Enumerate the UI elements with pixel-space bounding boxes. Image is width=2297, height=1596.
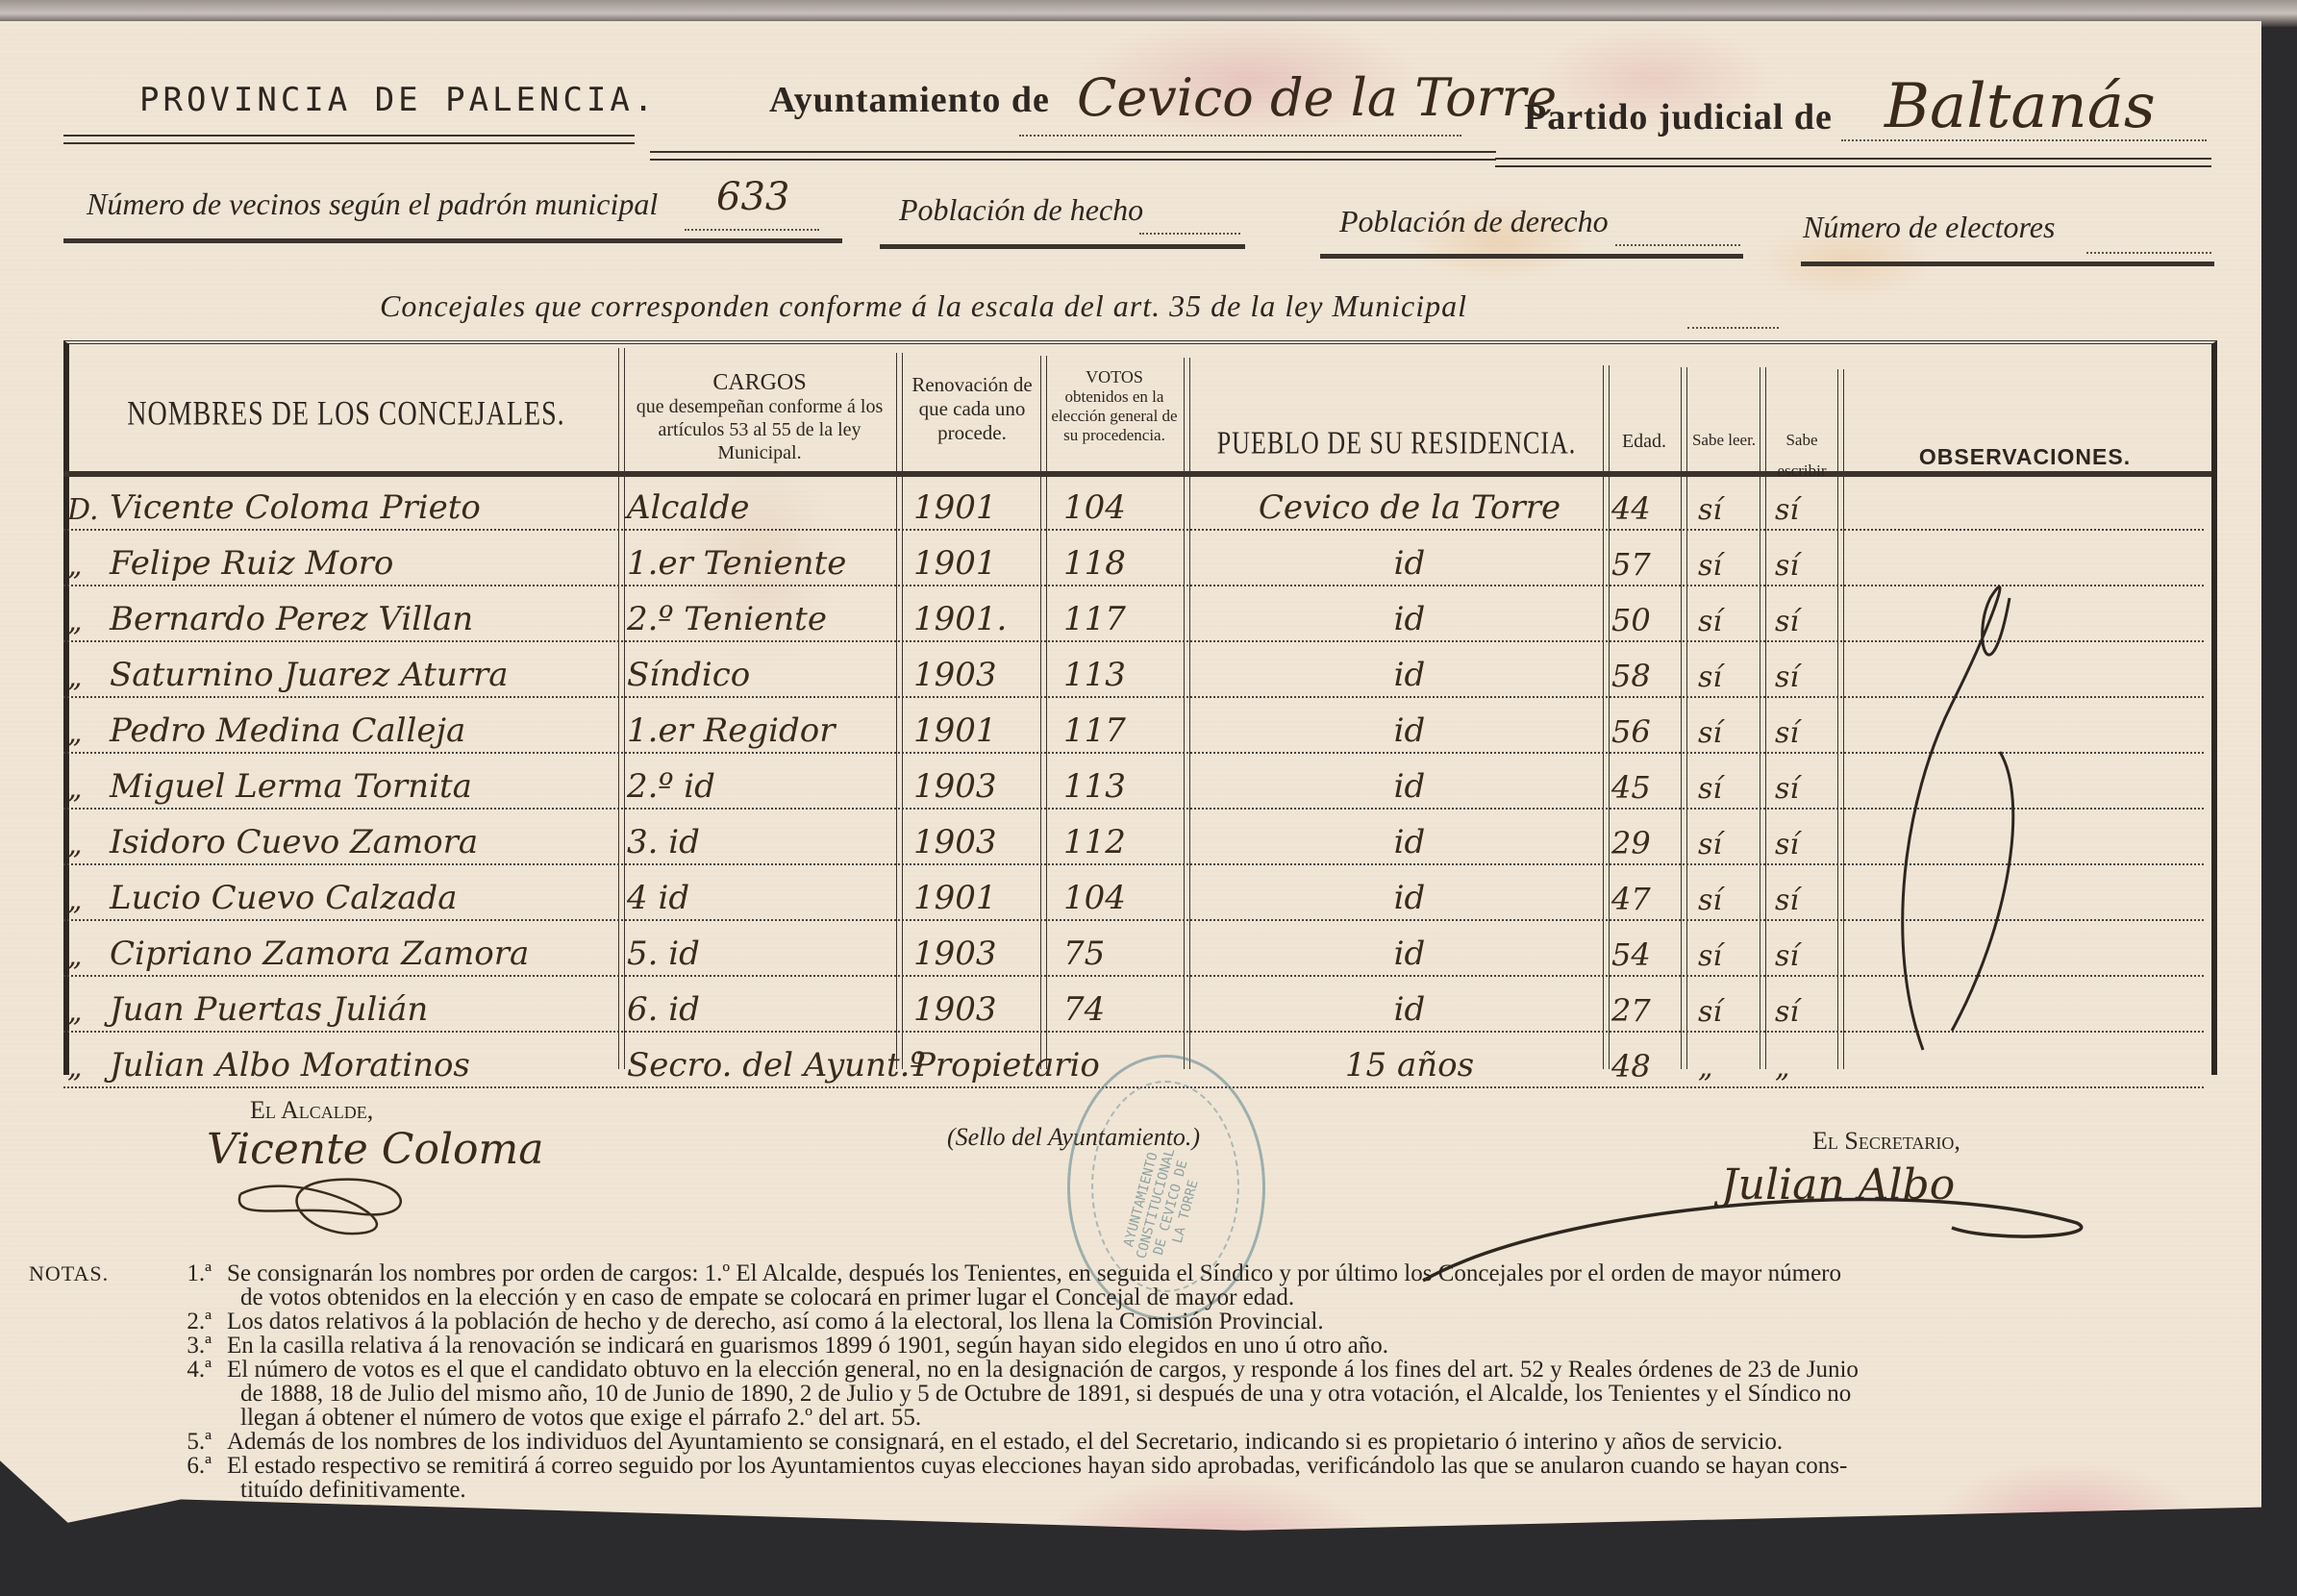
ayuntamiento-value: Cevico de la Torre	[1077, 67, 1557, 128]
cell-cargo: Alcalde	[627, 488, 750, 527]
cell-sabe-leer: sí	[1698, 939, 1722, 973]
cell-votos: 117	[1063, 600, 1126, 638]
cell-nombre: Isidoro Cuevo Zamora	[110, 823, 478, 861]
vecinos-dotted-line	[685, 229, 819, 231]
cell-pueblo: 15 años	[1208, 1046, 1611, 1085]
cell-nombre: Miguel Lerma Tornita	[110, 767, 472, 806]
cell-prefix: „	[67, 828, 83, 861]
col-header-observaciones: OBSERVACIONES.	[1844, 444, 2206, 470]
cell-renovacion: 1903	[913, 767, 997, 806]
cell-sabe-leer: sí	[1698, 772, 1722, 806]
cell-cargo: 2.º id	[627, 767, 715, 806]
note-number: 6.ª	[29, 1454, 227, 1478]
header-divider	[63, 135, 635, 144]
col-header-votos: VOTOS obtenidos en la elección general d…	[1046, 367, 1183, 445]
note-item: 4.ªEl número de votos es el que el candi…	[29, 1358, 2221, 1430]
cell-pueblo: id	[1208, 767, 1611, 806]
cell-pueblo: id	[1208, 711, 1611, 750]
notes-list: 1.ªSe consignarán los nombres por orden …	[29, 1261, 2221, 1502]
col-header-sabe-leer: Sabe leer.	[1688, 425, 1760, 456]
cell-sabe-escribir: sí	[1775, 716, 1799, 750]
cell-nombre: Pedro Medina Calleja	[110, 711, 465, 750]
cell-renovacion: 1901	[913, 544, 997, 583]
cell-sabe-leer: sí	[1698, 884, 1722, 917]
cell-pueblo: id	[1208, 990, 1611, 1029]
note-number: 2.ª	[29, 1309, 227, 1334]
cell-edad: 48	[1611, 1048, 1651, 1085]
cell-sabe-leer: sí	[1698, 716, 1722, 750]
cell-cargo: Síndico	[627, 656, 750, 694]
cell-pueblo: id	[1208, 600, 1611, 638]
observaciones-bracket-mark	[1846, 560, 2135, 1060]
table-header-divider	[63, 471, 2211, 477]
cell-prefix: „	[67, 549, 83, 583]
cell-sabe-leer: sí	[1698, 995, 1722, 1029]
cell-cargo: 3. id	[627, 823, 700, 861]
cell-prefix: „	[67, 995, 83, 1029]
population-divider	[63, 238, 842, 243]
col-header-sabe-escribir: Sabe escribir	[1765, 425, 1838, 487]
col-header-pueblo: PUEBLO DE SU RESIDENCIA.	[1192, 424, 1601, 462]
cell-nombre: Bernardo Perez Villan	[110, 600, 473, 638]
cell-nombre: Felipe Ruiz Moro	[110, 544, 393, 583]
note-continuation: tituído definitivamente.	[29, 1478, 2221, 1502]
cell-prefix: D.	[67, 493, 99, 527]
cell-renovacion: 1903	[913, 656, 997, 694]
cell-pueblo: id	[1208, 544, 1611, 583]
note-item: 2.ªLos datos relativos á la población de…	[29, 1309, 2221, 1334]
row-dotted-line	[63, 529, 2204, 531]
cell-nombre: Vicente Coloma Prieto	[110, 488, 481, 527]
vecinos-label: Número de vecinos según el padrón munici…	[87, 187, 658, 222]
cell-renovacion: 1901	[913, 879, 997, 917]
cell-edad: 27	[1611, 992, 1651, 1029]
cell-prefix: „	[67, 661, 83, 694]
note-text: En la casilla relativa á la renovación s…	[227, 1334, 2221, 1358]
cell-renovacion: 1903	[913, 823, 997, 861]
col-header-cargos-sub: que desempeñan conforme á los artículos …	[623, 396, 896, 464]
col-header-votos-sub: obtenidos en la elección general de su p…	[1046, 387, 1183, 445]
cell-sabe-escribir: „	[1775, 1051, 1790, 1085]
cell-edad: 58	[1611, 658, 1651, 694]
cell-votos: 104	[1063, 488, 1126, 527]
note-text: El estado respectivo se remitirá á corre…	[227, 1454, 2221, 1478]
cell-nombre: Cipriano Zamora Zamora	[110, 935, 529, 973]
col-header-cargos: CARGOS que desempeñan conforme á los art…	[623, 369, 896, 464]
note-continuation: de votos obtenidos en la elección y en c…	[29, 1285, 2221, 1309]
cell-pueblo: id	[1208, 823, 1611, 861]
cell-prefix: „	[67, 1051, 83, 1085]
cell-prefix: „	[67, 939, 83, 973]
ayuntamiento-dotted-line	[1019, 135, 1461, 137]
cell-sabe-leer: sí	[1698, 661, 1722, 694]
cell-renovacion: 1903	[913, 935, 997, 973]
derecho-label: Población de derecho	[1339, 204, 1609, 239]
cell-sabe-leer: sí	[1698, 828, 1722, 861]
cell-edad: 47	[1611, 881, 1651, 917]
partido-label: Partido judicial de	[1524, 96, 1833, 138]
cell-cargo: 1.er Teniente	[627, 544, 846, 583]
cell-sabe-leer: sí	[1698, 493, 1722, 527]
note-item: 5.ªAdemás de los nombres de los individu…	[29, 1430, 2221, 1454]
population-divider	[880, 244, 1245, 249]
cell-cargo: 5. id	[627, 935, 700, 973]
cell-edad: 45	[1611, 769, 1651, 806]
col-header-nombres: NOMBRES DE LOS CONCEJALES.	[77, 393, 615, 435]
cell-sabe-escribir: sí	[1775, 995, 1799, 1029]
vecinos-value: 633	[716, 175, 789, 219]
concejales-subheading: Concejales que corresponden conforme á l…	[380, 288, 1467, 324]
cell-nombre: Julian Albo Moratinos	[110, 1046, 470, 1085]
note-item: 6.ªEl estado respectivo se remitirá á co…	[29, 1454, 2221, 1502]
document-page: PROVINCIA DE PALENCIA. Ayuntamiento de C…	[0, 21, 2261, 1569]
cell-edad: 29	[1611, 825, 1651, 861]
cell-votos: 118	[1063, 544, 1126, 583]
cell-renovacion: Propietario	[913, 1046, 1100, 1085]
cell-sabe-escribir: sí	[1775, 493, 1799, 527]
note-text: El número de votos es el que el candidat…	[227, 1358, 2221, 1382]
note-number: 5.ª	[29, 1430, 227, 1454]
note-number: 4.ª	[29, 1358, 227, 1382]
cell-renovacion: 1901	[913, 711, 997, 750]
cell-votos: 75	[1063, 935, 1105, 973]
cell-sabe-escribir: sí	[1775, 605, 1799, 638]
partido-value: Baltanás	[1885, 71, 2156, 142]
cell-prefix: „	[67, 884, 83, 917]
cell-votos: 112	[1063, 823, 1126, 861]
cell-cargo: 1.er Regidor	[627, 711, 835, 750]
header-divider	[650, 151, 1496, 161]
population-divider	[1320, 254, 1743, 259]
secretario-label: El Secretario,	[1812, 1127, 1960, 1156]
cell-prefix: „	[67, 716, 83, 750]
cell-edad: 57	[1611, 546, 1651, 583]
notes-section: NOTAS. 1.ªSe consignarán los nombres por…	[29, 1261, 2221, 1502]
cell-edad: 56	[1611, 713, 1651, 750]
note-item: 1.ªSe consignarán los nombres por orden …	[29, 1261, 2221, 1309]
ayuntamiento-label: Ayuntamiento de	[769, 79, 1050, 121]
table-row: D. Vicente Coloma Prieto Alcalde 1901 10…	[63, 481, 2204, 536]
note-text: Los datos relativos á la población de he…	[227, 1309, 2221, 1334]
notes-heading: NOTAS.	[29, 1261, 109, 1285]
cell-renovacion: 1903	[913, 990, 997, 1029]
cell-edad: 44	[1611, 490, 1651, 527]
cell-sabe-escribir: sí	[1775, 884, 1799, 917]
cell-sabe-escribir: sí	[1775, 828, 1799, 861]
cell-edad: 50	[1611, 602, 1651, 638]
note-continuation: de 1888, 18 de Julio del mismo año, 10 d…	[29, 1382, 2221, 1406]
col-header-renovacion: Renovación de que cada uno procede.	[904, 373, 1040, 444]
alcalde-rubric	[221, 1165, 452, 1242]
electores-dotted-line	[2086, 252, 2211, 254]
cell-sabe-leer: sí	[1698, 605, 1722, 638]
cell-cargo: 6. id	[627, 990, 700, 1029]
cell-cargo: 2.º Teniente	[627, 600, 827, 638]
cell-pueblo: id	[1208, 935, 1611, 973]
cell-votos: 113	[1063, 767, 1126, 806]
hecho-label: Población de hecho	[899, 192, 1143, 228]
population-divider	[1801, 262, 2214, 266]
cell-cargo: Secro. del Ayunt.º	[627, 1046, 925, 1085]
cell-votos: 117	[1063, 711, 1126, 750]
cell-sabe-escribir: sí	[1775, 549, 1799, 583]
cell-votos: 113	[1063, 656, 1126, 694]
hecho-dotted-line	[1139, 233, 1240, 235]
province-title: PROVINCIA DE PALENCIA.	[139, 81, 657, 119]
cell-nombre: Juan Puertas Julián	[110, 990, 428, 1029]
col-header-votos-title: VOTOS	[1046, 367, 1183, 387]
cell-cargo: 4 id	[627, 879, 689, 917]
col-header-cargos-title: CARGOS	[623, 369, 896, 396]
cell-sabe-escribir: sí	[1775, 661, 1799, 694]
note-text: Además de los nombres de los individuos …	[227, 1430, 2221, 1454]
cell-pueblo: Cevico de la Torre	[1208, 488, 1611, 527]
cell-edad: 54	[1611, 936, 1651, 973]
cell-sabe-leer: „	[1698, 1051, 1713, 1085]
cell-votos: 74	[1063, 990, 1105, 1029]
cell-sabe-escribir: sí	[1775, 772, 1799, 806]
subheading-dotted-line	[1687, 327, 1779, 329]
header-divider	[1495, 158, 2211, 167]
col-header-edad: Edad.	[1608, 431, 1681, 454]
cell-votos: 104	[1063, 879, 1126, 917]
cell-prefix: „	[67, 772, 83, 806]
note-text: Se consignarán los nombres por orden de …	[227, 1261, 2221, 1285]
note-continuation: llegan á obtener el número de votos que …	[29, 1406, 2221, 1430]
derecho-dotted-line	[1615, 244, 1740, 246]
cell-sabe-leer: sí	[1698, 549, 1722, 583]
cell-renovacion: 1901	[913, 488, 997, 527]
cell-nombre: Lucio Cuevo Calzada	[110, 879, 458, 917]
cell-sabe-escribir: sí	[1775, 939, 1799, 973]
note-number: 3.ª	[29, 1334, 227, 1358]
note-item: 3.ªEn la casilla relativa á la renovació…	[29, 1334, 2221, 1358]
cell-pueblo: id	[1208, 879, 1611, 917]
cell-nombre: Saturnino Juarez Aturra	[110, 656, 509, 694]
cell-pueblo: id	[1208, 656, 1611, 694]
cell-renovacion: 1901.	[913, 600, 1007, 638]
cell-prefix: „	[67, 605, 83, 638]
electores-label: Número de electores	[1803, 210, 2055, 245]
alcalde-label: El Alcalde,	[250, 1096, 373, 1125]
